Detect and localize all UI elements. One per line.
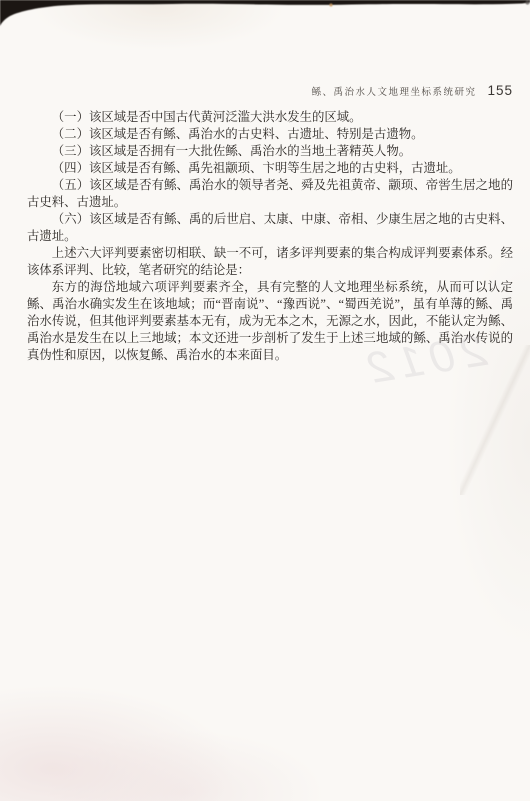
criterion-item-3: （三）该区域是否拥有一大批佐鲧、禹治水的当地土著精英人物。 <box>27 143 513 160</box>
scanned-page: 鲧、禹治水人文地理坐标系统研究 155 （一）该区域是否中国古代黄河泛滥大洪水发… <box>0 0 530 801</box>
scan-edge-shape <box>0 0 530 26</box>
page-header: 鲧、禹治水人文地理坐标系统研究 155 <box>311 83 513 98</box>
page-number: 155 <box>487 83 513 98</box>
conclusion-paragraph: 东方的海岱地域六项评判要素齐全，具有完整的人文地理坐标系统，从而可以认定鲧、禹治… <box>27 279 513 364</box>
scan-speck-tan <box>329 3 332 6</box>
criterion-item-6: （六）该区域是否有鲧、禹的后世启、太康、中康、帝相、少康生居之地的古史料、古遗址… <box>27 211 513 245</box>
criterion-item-1: （一）该区域是否中国古代黄河泛滥大洪水发生的区域。 <box>27 109 513 126</box>
summary-paragraph: 上述六大评判要素密切相联、缺一不可，诸多评判要素的集合构成评判要素体系。经该体系… <box>27 245 513 279</box>
criterion-item-4: （四）该区域是否有鲧、禹先祖颛顼、卞明等生居之地的古史料，古遗址。 <box>27 160 513 177</box>
scan-speck-dark <box>525 0 529 4</box>
criterion-item-2: （二）该区域是否有鲧、禹治水的古史料、古遗址、特别是古遗物。 <box>27 126 513 143</box>
running-title: 鲧、禹治水人文地理坐标系统研究 <box>311 84 476 98</box>
body-text: （一）该区域是否中国古代黄河泛滥大洪水发生的区域。 （二）该区域是否有鲧、禹治水… <box>27 109 513 364</box>
scan-edge-top <box>0 0 530 28</box>
criterion-item-5: （五）该区域是否有鲧、禹治水的领导者尧、舜及先祖黄帝、颛顼、帝喾生居之地的古史料… <box>27 177 513 211</box>
paper-crease <box>460 345 530 495</box>
